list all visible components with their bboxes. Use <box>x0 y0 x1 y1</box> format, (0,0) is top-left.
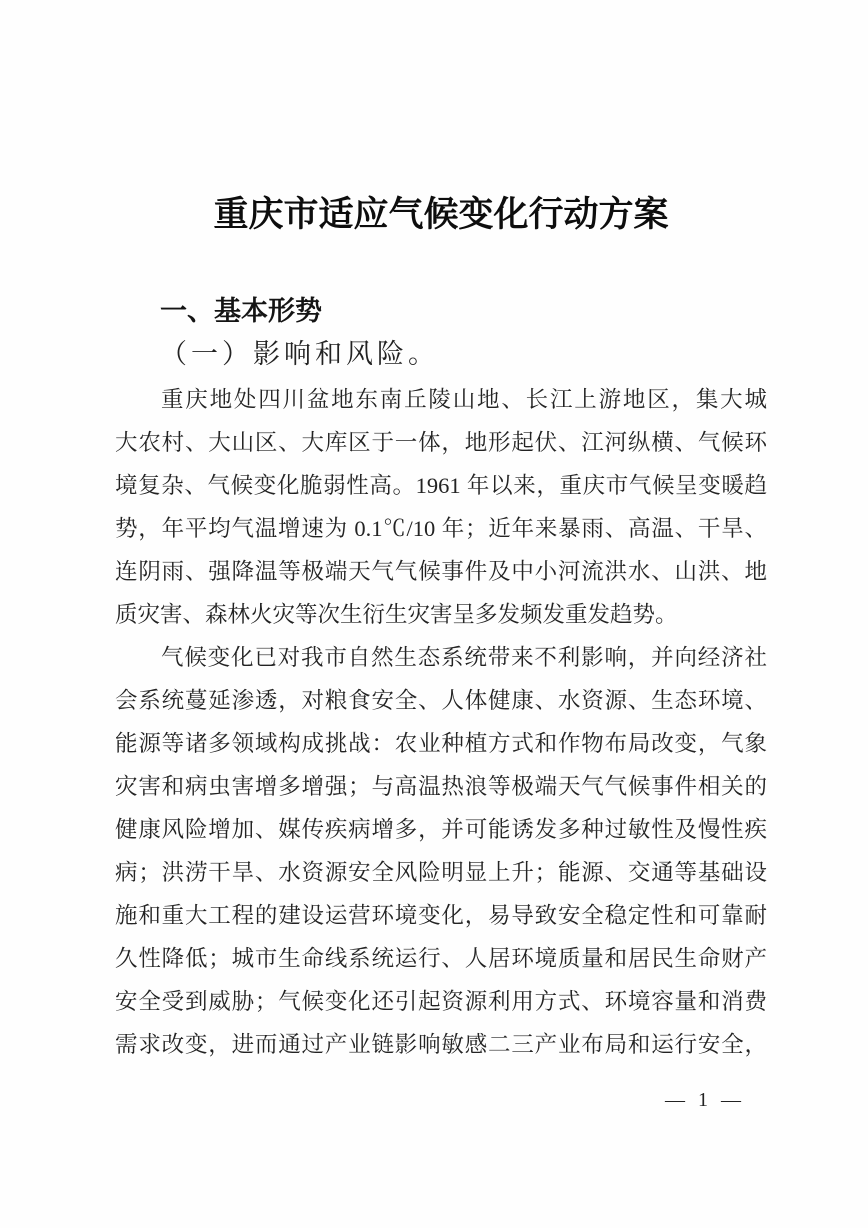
body-text-line: 健康风险增加、媒传疾病增多，并可能诱发多种过敏性及慢性疾 <box>115 808 767 851</box>
body-text-line: 能源等诸多领域构成挑战：农业种植方式和作物布局改变，气象 <box>115 722 767 765</box>
section-heading: 一、基本形势 <box>115 290 767 333</box>
page-number: — 1 — <box>665 1089 745 1112</box>
body-text-line: 灾害和病虫害增多增强；与高温热浪等极端天气气候事件相关的 <box>115 765 767 808</box>
document-page: 重庆市适应气候变化行动方案 一、基本形势 （一）影响和风险。 重庆地处四川盆地东… <box>0 0 868 1228</box>
body-text-line: 会系统蔓延渗透，对粮食安全、人体健康、水资源、生态环境、 <box>115 679 767 722</box>
body-text-line: 施和重大工程的建设运营环境变化，易导致安全稳定性和可靠耐 <box>115 894 767 937</box>
body-text-line: 气候变化已对我市自然生态系统带来不利影响，并向经济社 <box>115 636 767 679</box>
body-text-line: 大农村、大山区、大库区于一体，地形起伏、江河纵横、气候环 <box>115 421 767 464</box>
body-text-line: 久性降低；城市生命线系统运行、人居环境质量和居民生命财产 <box>115 937 767 980</box>
body-text-line: 境复杂、气候变化脆弱性高。1961 年以来，重庆市气候呈变暖趋 <box>115 464 767 507</box>
body-text-line: 需求改变，进而通过产业链影响敏感二三产业布局和运行安全， <box>115 1023 767 1066</box>
body-text-line: 势，年平均气温增速为 0.1℃/10 年；近年来暴雨、高温、干旱、 <box>115 507 767 550</box>
body-text-line: 连阴雨、强降温等极端天气气候事件及中小河流洪水、山洪、地 <box>115 550 767 593</box>
subsection-heading: （一）影响和风险。 <box>115 333 767 376</box>
body-text-line: 安全受到威胁；气候变化还引起资源利用方式、环境容量和消费 <box>115 980 767 1023</box>
paragraph-2: 气候变化已对我市自然生态系统带来不利影响，并向经济社 会系统蔓延渗透，对粮食安全… <box>115 636 767 1066</box>
body-text-line: 病；洪涝干旱、水资源安全风险明显上升；能源、交通等基础设 <box>115 851 767 894</box>
document-title: 重庆市适应气候变化行动方案 <box>115 192 767 238</box>
body-text-line: 重庆地处四川盆地东南丘陵山地、长江上游地区，集大城市、 <box>115 378 767 421</box>
document-content: 重庆市适应气候变化行动方案 一、基本形势 （一）影响和风险。 重庆地处四川盆地东… <box>115 0 767 1066</box>
paragraph-1: 重庆地处四川盆地东南丘陵山地、长江上游地区，集大城市、 大农村、大山区、大库区于… <box>115 378 767 636</box>
body-text-line: 质灾害、森林火灾等次生衍生灾害呈多发频发重发趋势。 <box>115 593 767 636</box>
